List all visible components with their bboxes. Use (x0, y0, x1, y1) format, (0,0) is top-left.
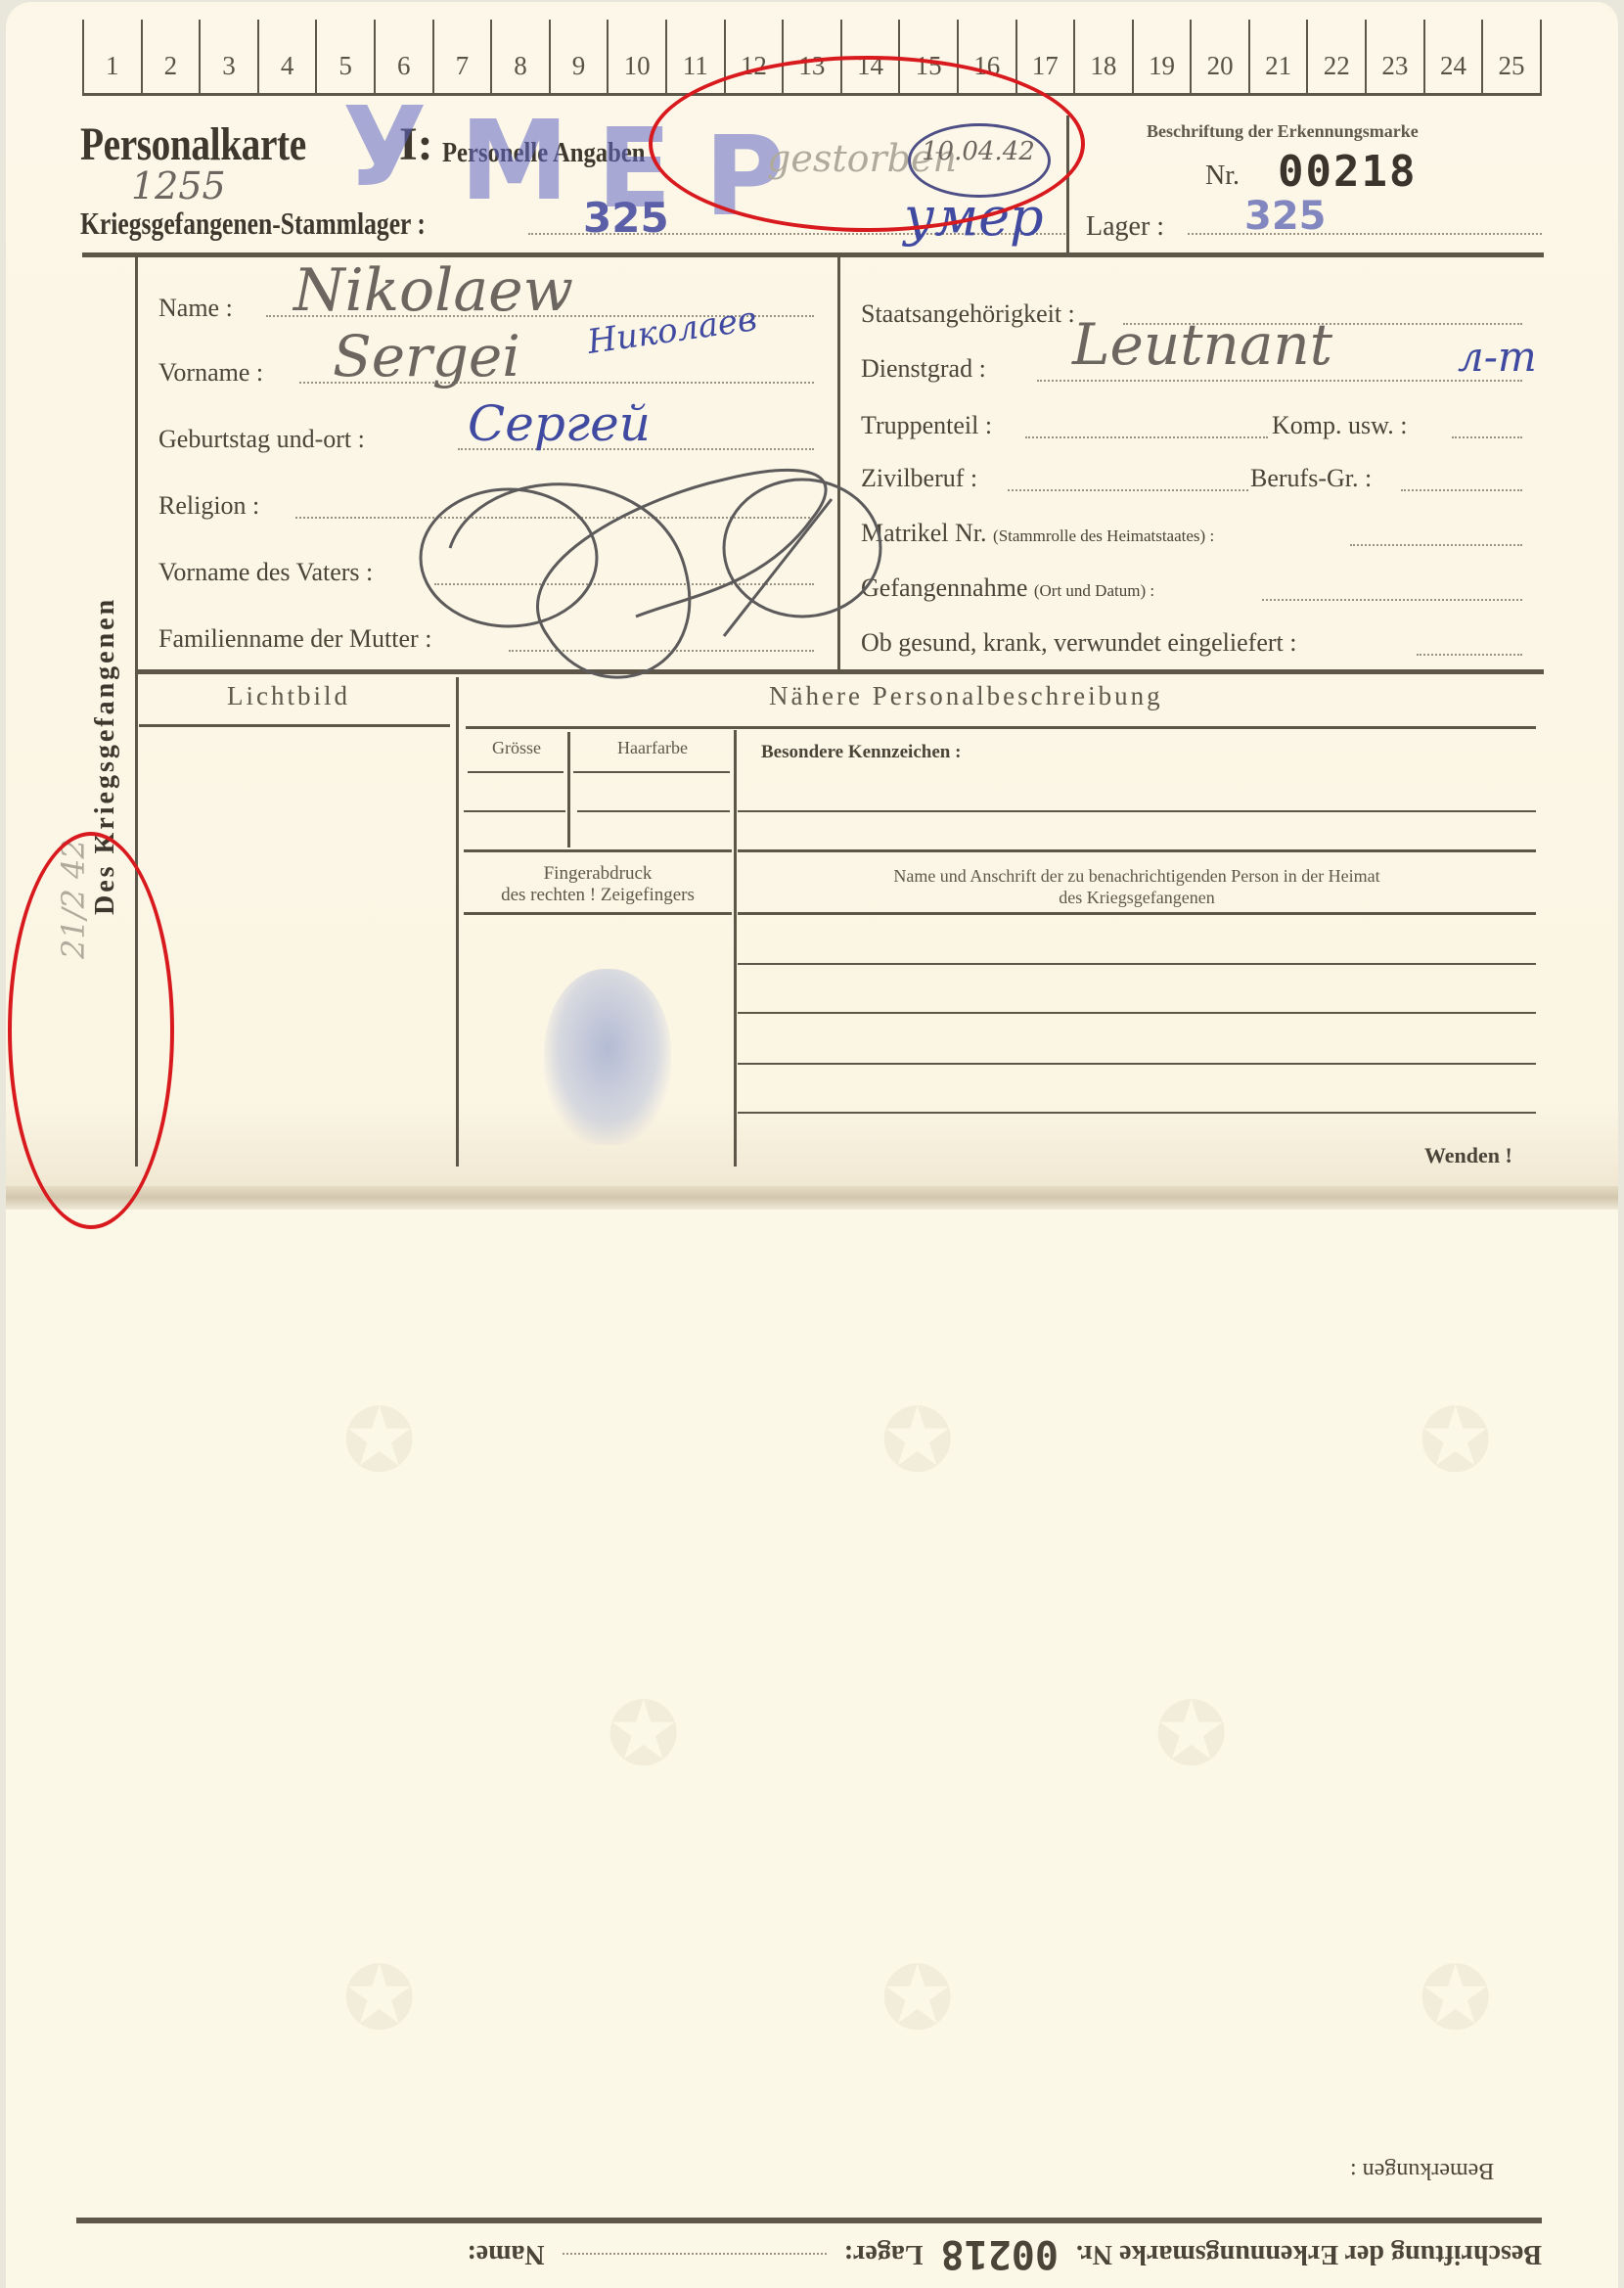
anschrift-rule-1[interactable] (738, 963, 1536, 965)
lager-label: Lager : (1086, 211, 1164, 243)
vater-label: Vorname des Vaters : (158, 558, 373, 587)
anschrift-rule-2[interactable] (738, 1012, 1536, 1014)
anschrift-rule-4[interactable] (738, 1112, 1536, 1114)
erkennungsmarke-title: Beschriftung der Erkennungsmarke (1147, 121, 1419, 142)
nr-label: Nr. (1205, 160, 1240, 192)
cross-out-scribble (391, 440, 939, 714)
finger-bottom-rule (464, 912, 732, 915)
wenden-note: Wenden ! (1424, 1143, 1512, 1168)
berufs-gr-input-line[interactable] (1401, 489, 1522, 491)
card-reverse-panel (6, 1210, 1618, 2288)
berufs-gr-label: Berufs-Gr. : (1250, 464, 1372, 493)
matrikel-label-note: (Stammrolle des Heimatstaates) : (993, 526, 1214, 545)
ruler-cell: 9 (549, 20, 608, 93)
watermark-star-icon: ✪ (342, 1390, 416, 1492)
ruler-cell: 1 (82, 20, 141, 93)
gefangennahme-input-line[interactable] (1262, 599, 1522, 601)
ruler-cell: 21 (1248, 20, 1307, 93)
red-highlight-ellipse-death (649, 56, 1085, 232)
besondere-kennzeichen-label: Besondere Kennzeichen : (761, 742, 961, 763)
size-rule-1 (468, 771, 564, 773)
stamp-letter: М (460, 98, 568, 225)
reverse-nr-value: 00218 (941, 2231, 1059, 2276)
komp-input-line[interactable] (1452, 436, 1522, 438)
zivilberuf-input-line[interactable] (1008, 489, 1248, 491)
watermark-star-icon: ✪ (1154, 1683, 1228, 1786)
lager-value: 325 (1244, 194, 1327, 239)
ruler-cell: 5 (315, 20, 374, 93)
staatsangehoerigkeit-label: Staatsangehörigkeit : (861, 299, 1075, 329)
name-value: Nikolaew (293, 256, 573, 325)
lichtbild-rule (139, 724, 450, 727)
desc-rule-2 (738, 849, 1536, 852)
religion-label: Religion : (158, 491, 259, 521)
fingerabdruck-heading: Fingerabdruck des rechten ! Zeigefingers (464, 863, 732, 906)
reverse-lager-dotted (563, 2253, 827, 2255)
anschrift-rule-3[interactable] (738, 1063, 1536, 1065)
fold-crease (6, 1186, 1618, 1212)
dienstgrad-label: Dienstgrad : (861, 354, 986, 384)
name-label: Name : (158, 294, 233, 323)
ruler-cell: 20 (1190, 20, 1248, 93)
watermark-star-icon: ✪ (1419, 1390, 1492, 1492)
size-rule-2 (464, 810, 565, 812)
gefangennahme-label-note: (Ort und Datum) : (1034, 581, 1154, 600)
ruler-cell: 7 (432, 20, 491, 93)
watermark-star-icon: ✪ (342, 1947, 416, 2050)
ruler-cell: 3 (199, 20, 257, 93)
naehere-rule (466, 726, 1536, 729)
ruler-cell: 19 (1132, 20, 1191, 93)
lichtbild-heading: Lichtbild (227, 681, 350, 711)
watermark-star-icon: ✪ (607, 1683, 680, 1786)
fingerabdruck-line1: Fingerabdruck (464, 863, 732, 885)
vorname-value: Sergei (333, 323, 520, 389)
red-highlight-ellipse-side (8, 832, 174, 1229)
ruler-cell: 8 (490, 20, 549, 93)
stammlager-value: 325 (583, 194, 669, 242)
desc-rule-1 (738, 810, 1536, 812)
erkennungsmarke-number: 00218 (1278, 147, 1417, 197)
stammlager-label: Kriegsgefangenen-Stammlager : (80, 206, 426, 242)
photo-column-divider (456, 677, 459, 1167)
naehere-heading: Nähere Personalbeschreibung (769, 681, 1163, 711)
matrikel-input-line[interactable] (1350, 544, 1522, 546)
dienstgrad-input-line[interactable] (1037, 380, 1522, 382)
groesse-heading: Grösse (468, 738, 565, 758)
hair-rule-1 (573, 771, 730, 773)
reverse-lager-label: Lager: (844, 2238, 924, 2269)
anschrift-line1: Name und Anschrift der zu benachrichtige… (738, 865, 1536, 887)
stamp-letter: У (342, 84, 427, 211)
reverse-erkennungsmarke-row: Beschriftung der Erkennungsmarke Nr. 002… (401, 2231, 1542, 2276)
anschrift-line2: des Kriegsgefangenen (738, 887, 1536, 908)
vorname-label: Vorname : (158, 358, 263, 388)
reverse-erkennungsmarke-label: Beschriftung der Erkennungsmarke Nr. (1076, 2238, 1542, 2269)
truppenteil-input-line[interactable] (1025, 436, 1268, 438)
reverse-name-label: Name: (467, 2238, 544, 2269)
anschrift-heading: Name und Anschrift der zu benachrichtige… (738, 865, 1536, 908)
size-hair-divider (567, 732, 570, 847)
geburtstag-label: Geburtstag und-ort : (158, 425, 365, 454)
dienstgrad-value: Leutnant (1072, 311, 1332, 378)
description-column-divider (734, 730, 737, 1167)
watermark-star-icon: ✪ (880, 1390, 954, 1492)
fingerabdruck-line2: des rechten ! Zeigefingers (464, 885, 732, 906)
gesund-input-line[interactable] (1417, 654, 1522, 656)
ruler-cell: 18 (1073, 20, 1132, 93)
ruler-cell: 2 (141, 20, 200, 93)
bemerkungen-label-upside-down: Bemerkungen : (1350, 2157, 1494, 2183)
lager-dotted-line (1188, 233, 1542, 235)
reverse-rule (76, 2218, 1542, 2223)
watermark-star-icon: ✪ (880, 1947, 954, 2050)
komp-label: Komp. usw. : (1272, 411, 1407, 440)
ruler-cell: 23 (1365, 20, 1423, 93)
anschrift-rule-0 (738, 912, 1536, 915)
ruler-cell: 4 (257, 20, 316, 93)
hair-rule-2 (577, 810, 730, 812)
ruler-cell: 25 (1481, 20, 1542, 93)
truppenteil-label: Truppenteil : (861, 411, 992, 440)
ruler-cell: 6 (374, 20, 432, 93)
ruler-cell: 10 (607, 20, 665, 93)
dienstgrad-value-extra: л-т (1458, 333, 1537, 381)
handwritten-number: 1255 (131, 164, 226, 207)
ruler-cell: 22 (1306, 20, 1365, 93)
watermark-star-icon: ✪ (1419, 1947, 1492, 2050)
haarfarbe-heading: Haarfarbe (571, 738, 734, 758)
ruler-cell: 24 (1423, 20, 1482, 93)
fingerprint-impression (544, 969, 671, 1145)
card-title: Personalkarte (80, 117, 306, 171)
finger-top-rule (464, 849, 732, 852)
